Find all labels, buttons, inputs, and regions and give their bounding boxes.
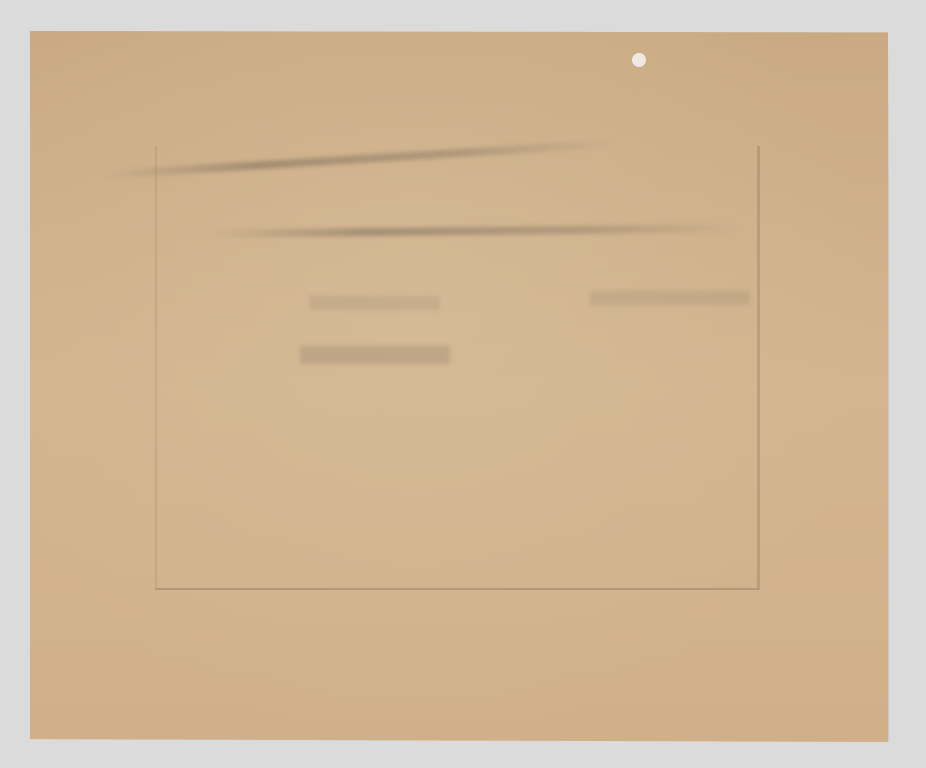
plate-mark [155, 146, 760, 590]
paper-sheet [30, 31, 888, 742]
paper-spot [632, 53, 646, 67]
offset-mark [300, 346, 450, 364]
offset-mark [310, 296, 440, 310]
offset-mark [590, 291, 750, 305]
